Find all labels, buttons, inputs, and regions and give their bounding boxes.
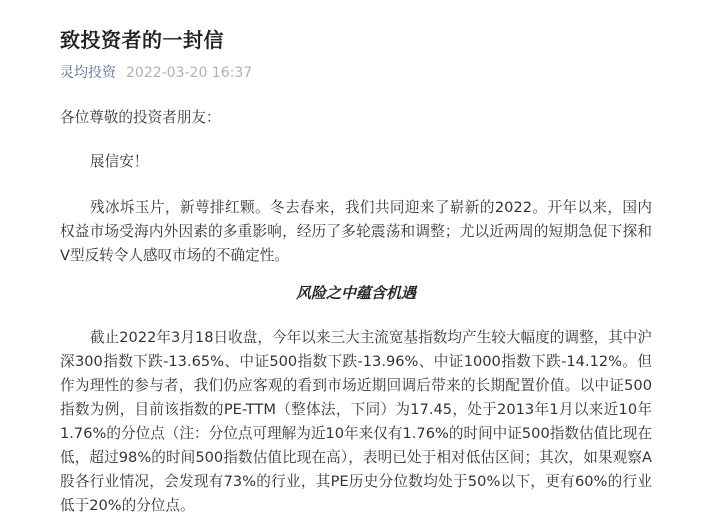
author-link[interactable]: 灵均投资 (60, 65, 116, 81)
article-title: 致投资者的一封信 (60, 24, 224, 53)
article-meta: 灵均投资2022-03-20 16:37 (60, 62, 252, 82)
salutation: 展信安！ (60, 150, 652, 174)
greeting: 各位尊敬的投资者朋友： (60, 106, 652, 130)
intro-paragraph: 残冰坼玉片，新萼排红颗。冬去春来，我们共同迎来了崭新的2022。开年以来，国内权… (60, 196, 652, 268)
publish-date: 2022-03-20 16:37 (126, 65, 252, 81)
section-heading: 风险之中蕴含机遇 (60, 282, 652, 303)
section-paragraph: 截止2022年3月18日收盘，今年以来三大主流宽基指数均产生较大幅度的调整，其中… (60, 326, 652, 518)
